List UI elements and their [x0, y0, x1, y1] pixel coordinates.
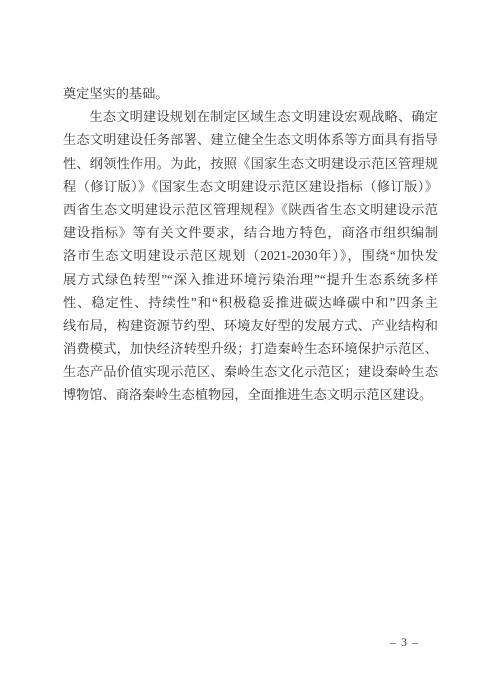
- text-line: 性、纲领性作用。为此，按照《国家生态文明建设示范区管理规: [63, 152, 438, 175]
- text-line: 西省生态文明建设示范区管理规程》《陕西省生态文明建设示范区: [63, 198, 438, 221]
- text-line: 展方式绿色转型”“深入推进环境污染治理”“提升生态系统多样: [63, 268, 438, 291]
- text-line: 建设指标》等有关文件要求，结合地方特色，商洛市组织编制《商: [63, 221, 438, 244]
- text-line: 性、稳定性、持续性”和“积极稳妥推进碳达峰碳中和”四条主: [63, 291, 438, 314]
- text-line: 洛市生态文明建设示范区规划（2021-2030年）》，围绕“加快发: [63, 244, 438, 267]
- text-line: 生态产品价值实现示范区、秦岭生态文化示范区；建设秦岭生态: [63, 360, 438, 383]
- text-line: 生态文明建设规划在制定区域生态文明建设宏观战略、确定: [63, 105, 438, 128]
- text-line: 消费模式，加快经济转型升级；打造秦岭生态环境保护示范区、: [63, 337, 438, 360]
- text-line: 博物馆、商洛秦岭生态植物园，全面推进生态文明示范区建设。: [63, 383, 438, 406]
- document-page: 奠定坚实的基础。 生态文明建设规划在制定区域生态文明建设宏观战略、确定 生态文明…: [0, 0, 495, 699]
- text-line: 线布局，构建资源节约型、环境友好型的发展方式、产业结构和: [63, 314, 438, 337]
- body-text: 奠定坚实的基础。 生态文明建设规划在制定区域生态文明建设宏观战略、确定 生态文明…: [63, 82, 438, 407]
- text-line: 程（修订版）》《国家生态文明建设示范区建设指标（修订版）》《陕: [63, 175, 438, 198]
- text-line: 奠定坚实的基础。: [63, 82, 438, 105]
- text-line: 生态文明建设任务部署、建立健全生态文明体系等方面具有指导: [63, 128, 438, 151]
- page-number: – 3 –: [390, 635, 419, 650]
